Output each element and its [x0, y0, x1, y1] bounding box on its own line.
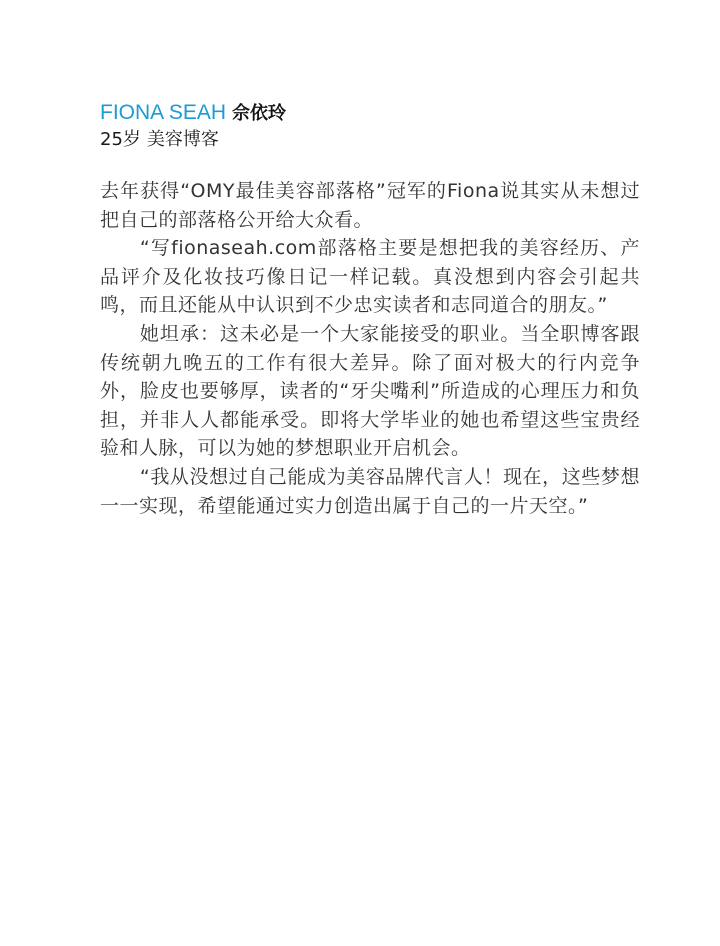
name-chinese: 佘依玲: [232, 102, 286, 126]
paragraph-quote-dream: “我从没想过自己能成为美容品牌代言人！现在，这些梦想一一实现，希望能通过实力创造…: [100, 463, 640, 520]
article: FIONA SEAH 佘依玲 25岁美容博客 去年获得“OMY最佳美容部落格”冠…: [100, 101, 640, 520]
subtitle-line: 25岁美容博客: [100, 127, 640, 153]
occupation-label: 美容博客: [147, 129, 219, 150]
profile-header: FIONA SEAH 佘依玲 25岁美容博客: [100, 101, 640, 153]
age-label: 25岁: [100, 129, 141, 150]
paragraph-intro: 去年获得“OMY最佳美容部落格”冠军的Fiona说其实从未想过把自己的部落格公开…: [100, 177, 640, 234]
paragraph-quote-blog: “写fionaseah.com部落格主要是想把我的美容经历、产品评介及化妆技巧像…: [100, 234, 640, 320]
paragraph-career: 她坦承：这未必是一个大家能接受的职业。当全职博客跟传统朝九晚五的工作有很大差异。…: [100, 320, 640, 463]
name-line: FIONA SEAH 佘依玲: [100, 101, 640, 125]
name-english: FIONA SEAH: [100, 101, 226, 125]
article-body: 去年获得“OMY最佳美容部落格”冠军的Fiona说其实从未想过把自己的部落格公开…: [100, 177, 640, 520]
